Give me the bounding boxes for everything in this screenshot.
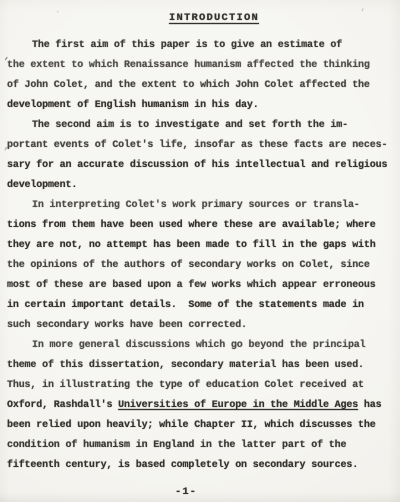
- text-line: fifteenth century, is based completely o…: [7, 456, 399, 476]
- text-line: The second aim is to investigate and set…: [7, 116, 399, 136]
- text-segment: Oxford, Rashdall's: [7, 400, 118, 411]
- text-line: condition of humanism in England in the …: [7, 436, 399, 456]
- text-line: Oxford, Rashdall's Universities of Europ…: [7, 396, 399, 416]
- text-line: most of these are based upon a few works…: [7, 276, 399, 296]
- text-line: In interpreting Colet's work primary sou…: [7, 196, 399, 216]
- page-number: -1-: [0, 486, 386, 498]
- text-line: development.: [7, 176, 399, 196]
- text-line: tions from them have been used where the…: [7, 216, 399, 236]
- text-segment: has: [358, 400, 381, 411]
- text-line: the extent to which Renaissance humanism…: [7, 56, 399, 76]
- text-line: portant events of Colet's life, insofar …: [7, 136, 399, 156]
- text-line: been relied upon heavily; while Chapter …: [7, 416, 399, 436]
- text-line: the opinions of the authors of secondary…: [7, 256, 399, 276]
- text-line: in certain important details. Some of th…: [7, 296, 399, 316]
- text-line: sary for an accurate discussion of his i…: [7, 156, 399, 176]
- document-page: INTRODUCTION The first aim of this paper…: [0, 0, 400, 502]
- text-line: they are not, no attempt has been made t…: [7, 236, 399, 256]
- text-line: In more general discussions which go bey…: [7, 336, 399, 356]
- text-line: theme of this dissertation, secondary ma…: [7, 356, 399, 376]
- page-title: INTRODUCTION: [14, 12, 400, 24]
- book-title-underlined: Universities of Europe in the Middle Age…: [118, 400, 358, 411]
- text-line: of John Colet, and the extent to which J…: [7, 76, 399, 96]
- text-line: Thus, in illustrating the type of educat…: [7, 376, 399, 396]
- text-line: development of English humanism in his d…: [7, 96, 399, 116]
- text-line: The first aim of this paper is to give a…: [7, 36, 399, 56]
- text-line: such secondary works have been corrected…: [7, 316, 399, 336]
- document-body: The first aim of this paper is to give a…: [7, 36, 399, 476]
